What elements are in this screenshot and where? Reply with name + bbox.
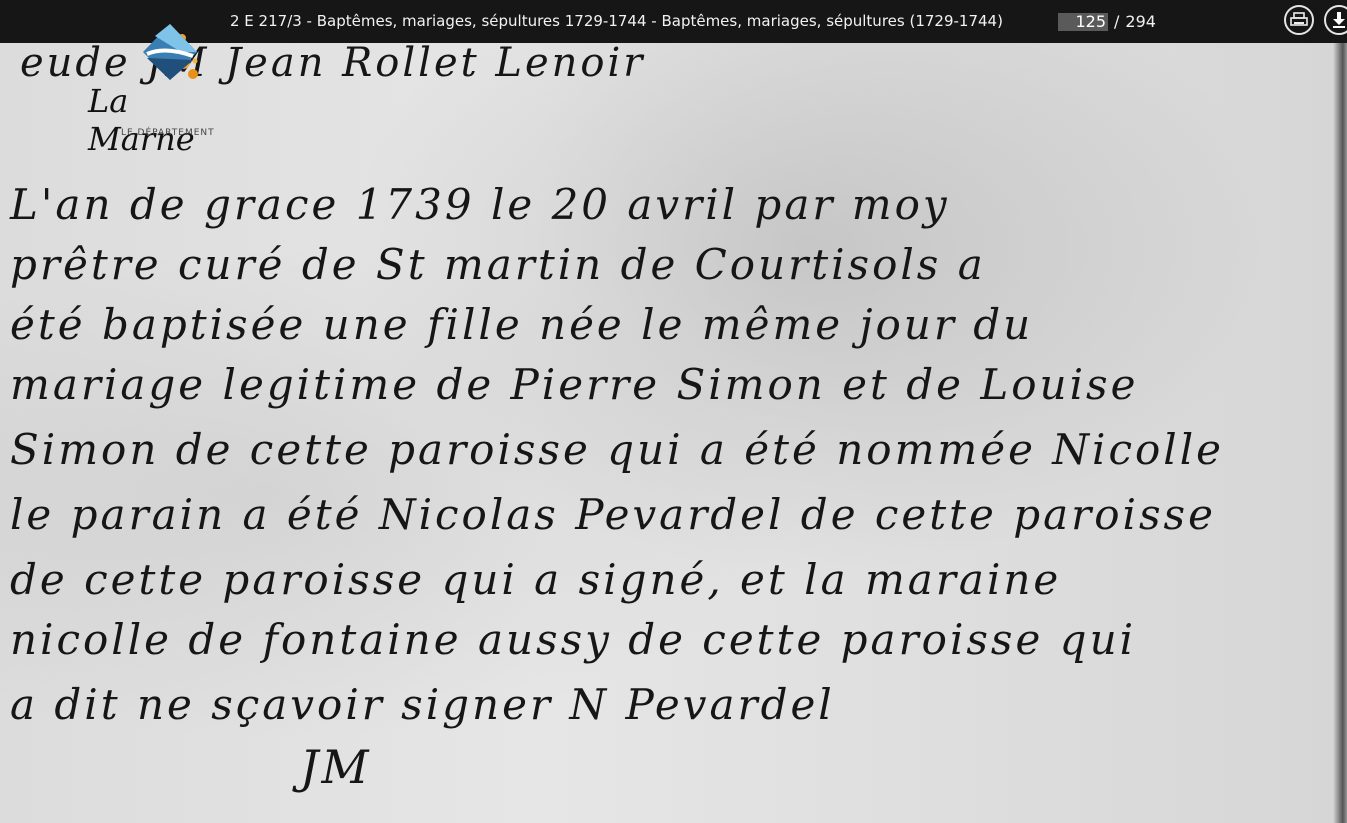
handwriting-line-4: été baptisée une fille née le même jour … [10, 300, 1347, 349]
page-number-input[interactable] [1058, 13, 1108, 31]
page-separator: / [1114, 12, 1119, 31]
logo-name: La Marne [88, 82, 230, 158]
signature-mark: JM [300, 740, 1347, 794]
download-icon [1331, 11, 1347, 29]
handwriting-line-7: le parain a été Nicolas Pevardel de cett… [10, 490, 1347, 539]
handwriting-line-8: de cette paroisse qui a signé, et la mar… [10, 555, 1347, 604]
download-button[interactable] [1324, 5, 1347, 35]
handwriting-line-9: nicolle de fontaine aussy de cette paroi… [10, 615, 1347, 664]
page-total: 294 [1125, 12, 1156, 31]
printer-icon [1290, 12, 1308, 28]
handwriting-line-3: prêtre curé de St martin de Courtisols a [10, 240, 1347, 289]
page-navigator: / 294 [1058, 12, 1156, 31]
logo-subtitle: LE DÉPARTEMENT [121, 128, 215, 138]
handwriting-line-6: Simon de cette paroisse qui a été nommée… [10, 425, 1347, 474]
la-marne-logo[interactable]: La Marne LE DÉPARTEMENT [85, 12, 230, 142]
print-button[interactable] [1284, 5, 1314, 35]
handwriting-line-5: mariage legitime de Pierre Simon et de L… [10, 360, 1347, 409]
handwriting-line-10: a dit ne sçavoir signer N Pevardel [10, 680, 1347, 729]
document-title: 2 E 217/3 - Baptêmes, mariages, sépultur… [230, 12, 1003, 30]
handwriting-line-2: L'an de grace 1739 le 20 avril par moy [10, 180, 1347, 229]
